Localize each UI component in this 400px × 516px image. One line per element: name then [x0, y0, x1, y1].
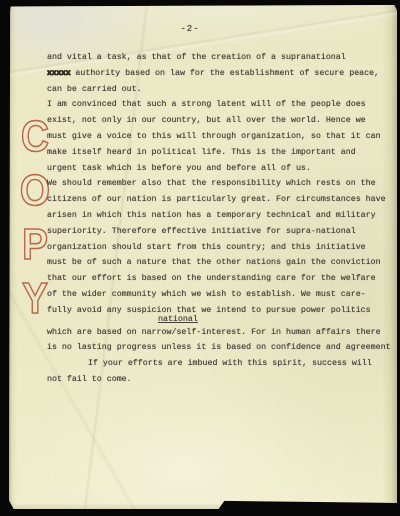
typed-line: is no lasting progress unless it is base… — [47, 340, 395, 356]
typed-line: can be carried out. — [47, 82, 395, 98]
typed-text-segment: authority based on law for the establish… — [70, 69, 379, 78]
typed-line: I am convinced that such a strong latent… — [47, 97, 395, 113]
page-number: -2- — [9, 24, 397, 34]
typed-line: that our effort is based on the understa… — [47, 271, 395, 287]
scanned-page: -2- COPY and vital a task, as that of th… — [9, 5, 397, 509]
typed-line: exist, not only in our country, but all … — [47, 113, 395, 129]
typed-line: citizens of our nation is particularly g… — [47, 192, 395, 208]
typed-line: which are based on narrow/self-interest.… — [47, 325, 395, 341]
typed-line: not fail to come. — [47, 372, 395, 388]
typed-line: must give a voice to this will through o… — [47, 129, 395, 145]
scan-background: { "scan": { "background_color": "#070707… — [0, 0, 400, 516]
typed-line: urgent task which is before you and befo… — [47, 161, 395, 177]
typed-line: must be of such a nature that the other … — [47, 255, 395, 271]
typed-line: arisen in which this nation has a tempor… — [47, 208, 395, 224]
typed-line: and vital a task, as that of the creatio… — [47, 50, 395, 66]
typed-line: We should remember also that the respons… — [47, 176, 395, 192]
typed-insertion-word: national — [47, 317, 395, 323]
typed-line: of the wider community which we wish to … — [47, 287, 395, 303]
typed-body: and vital a task, as that of the creatio… — [47, 50, 395, 388]
typed-line: make itself heard in political life. Thi… — [47, 145, 395, 161]
typed-line: organization should start from this coun… — [47, 240, 395, 256]
typed-line: xxxxx authority based on law for the est… — [47, 66, 395, 82]
typed-line: If your efforts are imbued with this spi… — [47, 356, 395, 372]
strikeover-word: xxxxx — [47, 69, 70, 78]
typed-line: superiority. Therefore effective initiat… — [47, 224, 395, 240]
